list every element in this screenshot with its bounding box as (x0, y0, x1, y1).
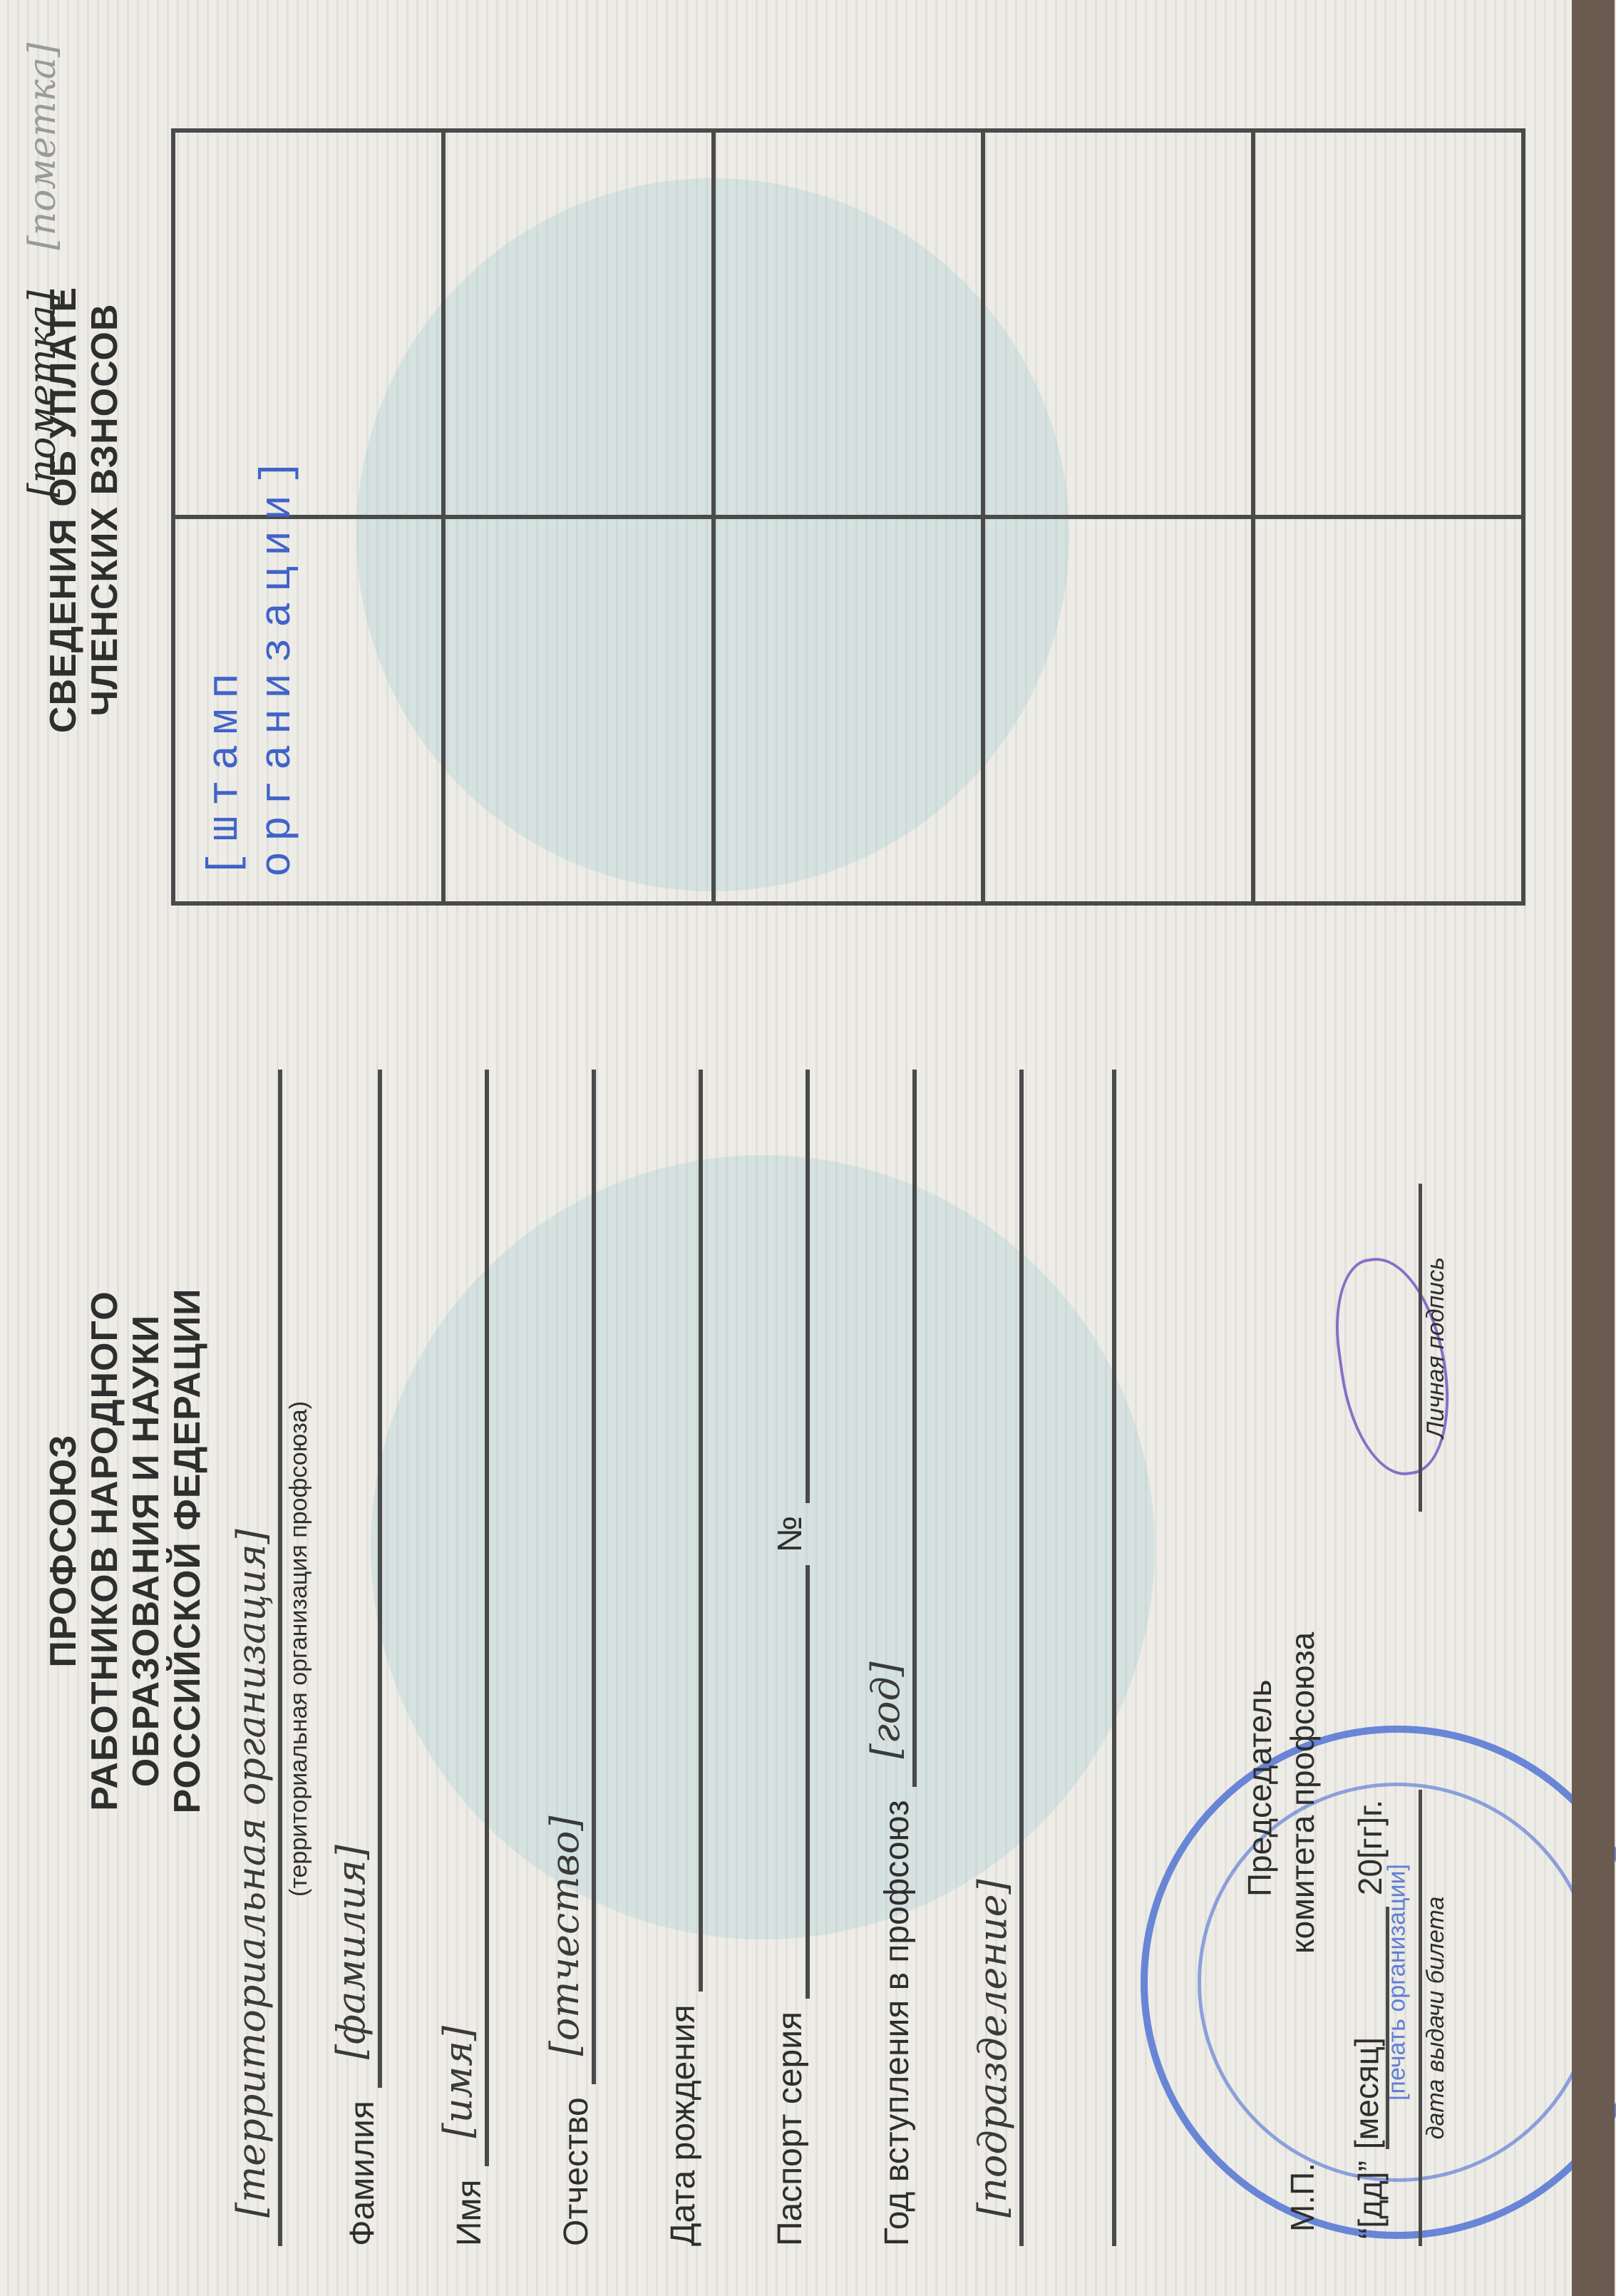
chairman-title-2: комитета профсоюза (1283, 1632, 1322, 1954)
dues-row (443, 130, 714, 903)
patronymic-value: [отчество] (542, 1816, 587, 2056)
card-cover-edge (1572, 0, 1615, 2296)
organization-field: [территориальная организация] (235, 1070, 282, 2246)
organization-caption: (территориальная организация профсоюза) (285, 1401, 313, 1897)
organization-value: [территориальная организация] (229, 1529, 274, 2218)
dues-table (171, 128, 1525, 906)
dues-cell (983, 517, 1253, 903)
seal-label: М.П. (1283, 2163, 1322, 2232)
membership-card: ПРОФСОЮЗ РАБОТНИКОВ НАРОДНОГО ОБРАЗОВАНИ… (0, 0, 1616, 2296)
identity-page: ПРОФСОЮЗ РАБОТНИКОВ НАРОДНОГО ОБРАЗОВАНИ… (0, 1020, 1572, 2296)
organization-line: [территориальная организация] (235, 1070, 282, 2246)
dues-cell (1253, 517, 1523, 903)
birth-date-label: Дата рождения (664, 2004, 703, 2246)
card-rotated-view: ПРОФСОЮЗ РАБОТНИКОВ НАРОДНОГО ОБРАЗОВАНИ… (0, 0, 1616, 2296)
corner-note: [пометка] [пометка] (21, 43, 64, 498)
first-name-label: Имя (450, 2180, 489, 2247)
dues-cell (443, 130, 714, 517)
first-name-field: Имя [имя] (442, 1070, 489, 2246)
join-year-field: Год вступления в профсоюз [год] (870, 1070, 917, 2246)
surname-label: Фамилия (343, 2101, 382, 2246)
dues-cell (443, 517, 714, 903)
passport-field: Паспорт серия № (763, 1070, 810, 2246)
surname-value: [фамилия] (329, 1845, 374, 2059)
dues-cell (983, 130, 1253, 517)
dues-cell (714, 517, 984, 903)
passport-series-label: Паспорт серия (771, 2011, 810, 2246)
dues-row (983, 130, 1253, 903)
issue-day: [дд] (1352, 2171, 1389, 2228)
issue-date-caption: дата выдачи билета (1419, 1790, 1450, 2246)
blank-line (1069, 1070, 1116, 2246)
extra-field: [подразделение] (977, 1070, 1024, 2246)
extra-value: [подразделение] (970, 1879, 1015, 2218)
first-name-value: [имя] (436, 2026, 480, 2138)
dues-row (714, 130, 984, 903)
dues-row (1253, 130, 1523, 903)
issue-year: [гг] (1352, 1817, 1389, 1859)
issue-date: “[дд]” [месяц] 20[гг]г. (1347, 1800, 1389, 2239)
birth-date-field: Дата рождения (656, 1070, 703, 2246)
issue-month: [месяц] (1347, 1907, 1389, 2149)
join-year-label: Год вступления в профсоюз (878, 1800, 917, 2246)
surname-field: Фамилия [фамилия] (335, 1070, 382, 2246)
union-title: ПРОФСОЮЗ РАБОТНИКОВ НАРОДНОГО ОБРАЗОВАНИ… (43, 1020, 208, 2296)
passport-number-label: № (771, 1516, 810, 1553)
chairman-title-1: Председатель (1240, 1680, 1279, 1897)
patronymic-field: Отчество [отчество] (549, 1070, 596, 2246)
patronymic-label: Отчество (557, 2097, 596, 2246)
signature-caption: Личная подпись (1419, 1184, 1450, 1512)
dues-cell (1253, 130, 1523, 517)
dues-cell (714, 130, 984, 517)
dues-stamp: [штамп организации] (200, 449, 305, 877)
join-year-value: [год] (863, 1661, 908, 1758)
dues-page: СВЕДЕНИЯ ОБ УПЛАТЕ ЧЛЕНСКИХ ВЗНОСОВ [пом… (0, 0, 1572, 1020)
